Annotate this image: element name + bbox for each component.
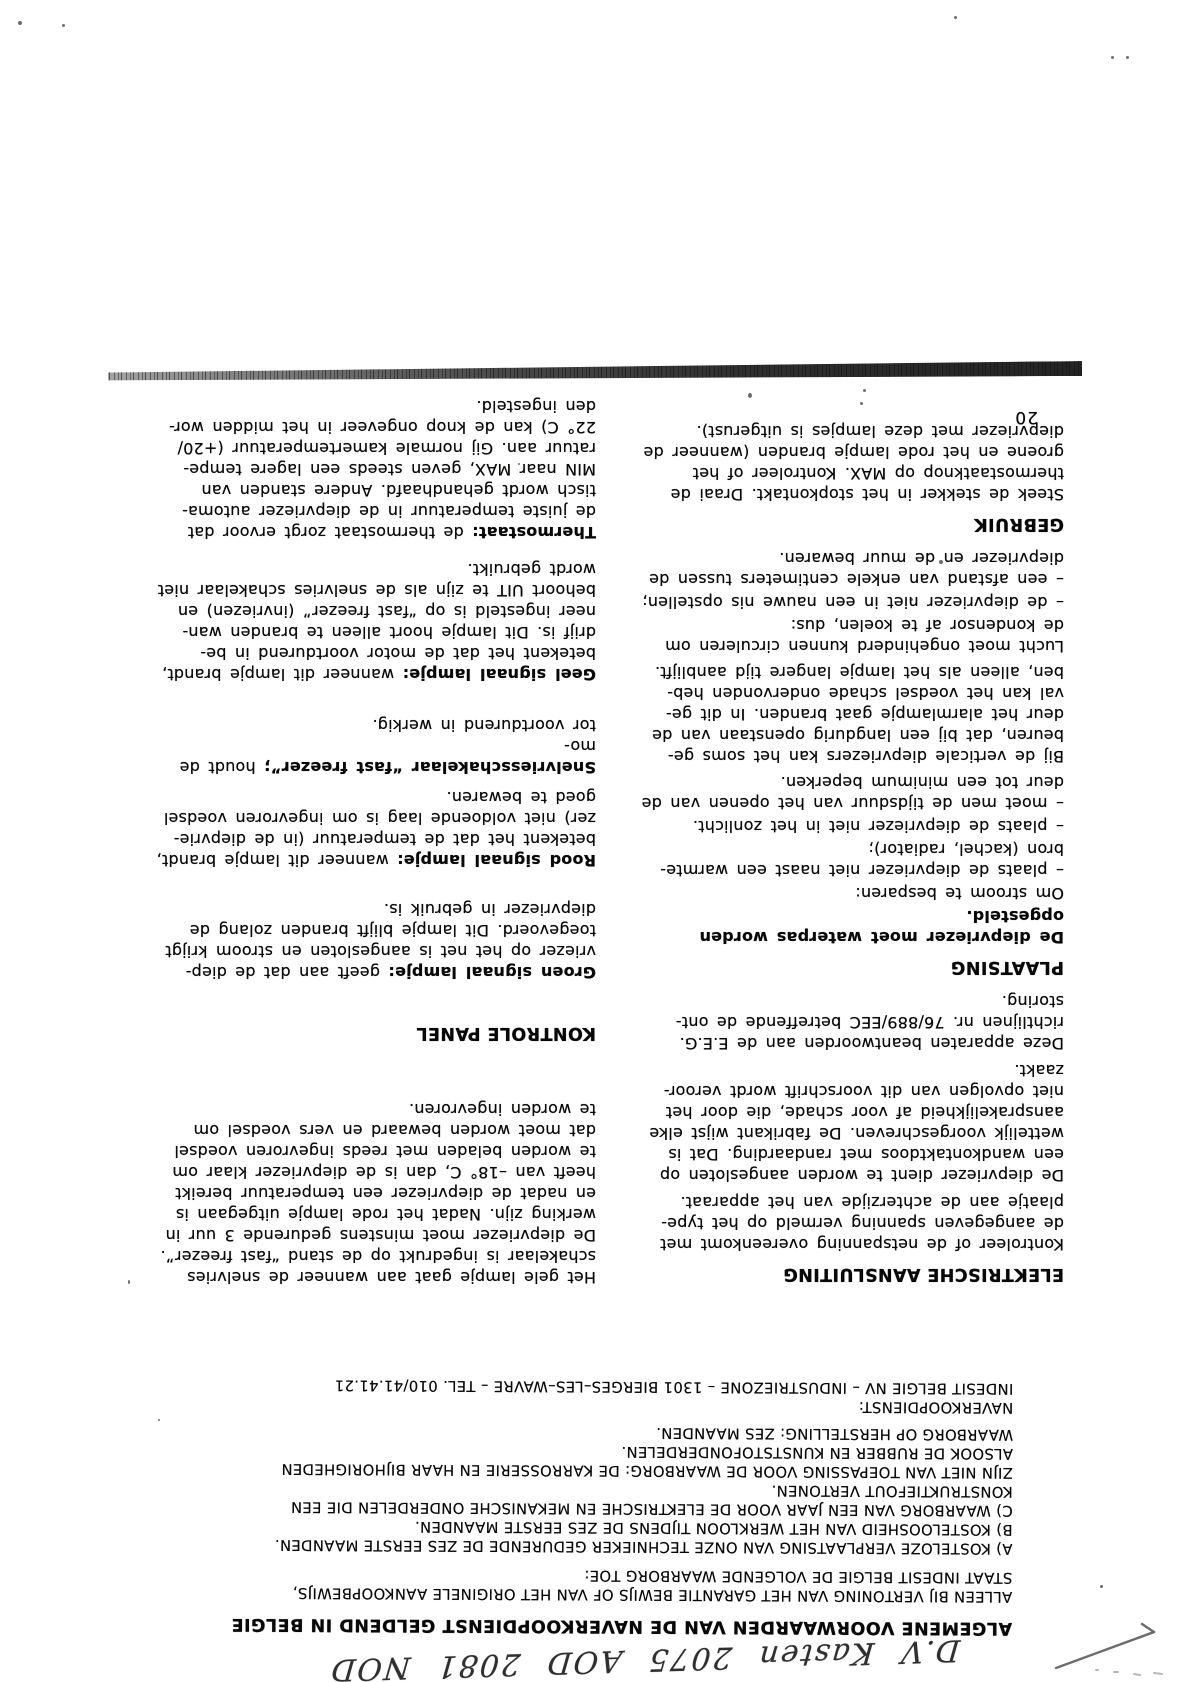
column-right: Het gele lampje gaat aan wanneer de snel… — [148, 390, 596, 1288]
warranty-title: ALGEMENE VOORWAARDEN VAN DE NAVERKOOPDIE… — [102, 1613, 1012, 1638]
paragraph: De diepvriezer dient te worden aangeslot… — [628, 1060, 1064, 1186]
bold-lead: Thermostaat: — [472, 523, 596, 542]
column-left: ELEKTRISCHE AANSLUITING Kontroleer of de… — [628, 415, 1064, 1284]
bullet-item: – een afstand van enkele centimeters tus… — [628, 548, 1064, 590]
section-heading-elektrische-aansluiting: ELEKTRISCHE AANSLUITING — [628, 1264, 1064, 1284]
paragraph: Steek de stekker in het stopkontakt. Dra… — [628, 421, 1064, 505]
paragraph: De diepvriezer moet waterpas worden opge… — [628, 906, 1064, 948]
paragraph: Kontroleer of de netspanning overeenkomt… — [628, 1192, 1064, 1255]
scanned-page: D.V Kasten 2075 AOD 2081 NOD ALGEMENE VO… — [0, 0, 1188, 1682]
paragraph-thermostat: Thermostaat: de thermostaat zorgt ervoor… — [148, 396, 596, 543]
page-number: 20 — [1014, 407, 1038, 427]
paragraph: Bij de verticale diepvriezers kan het so… — [628, 662, 1064, 767]
scan-speck — [1111, 56, 1114, 59]
bold-lead: Groen signaal lampje: — [388, 963, 596, 982]
scan-speck — [910, 598, 913, 601]
scan-speck — [62, 24, 65, 27]
scan-speck — [128, 1280, 130, 1284]
scan-speck — [1126, 56, 1129, 59]
paragraph: Het gele lampje gaat aan wanneer de snel… — [148, 1099, 596, 1288]
paragraph: Deze apparaten beantwoorden aan de E.E.G… — [628, 991, 1064, 1054]
bold-lead: Geel signaal lampje: — [402, 665, 596, 684]
paragraph: Lucht moet ongehinderd kunnen circuleren… — [628, 615, 1064, 657]
section-heading-plaatsing: PLAATSING — [628, 957, 1064, 977]
paragraph-text: de thermostaat zorgt ervoor dat de juist… — [169, 397, 596, 542]
upside-down-scanned-manual-page: { "scan": { "paper_color": "#fdfdfc", "i… — [0, 0, 1188, 1682]
scan-speck — [939, 560, 943, 564]
section-heading-gebruik: GEBRUIK — [628, 514, 1064, 534]
scan-speck — [748, 393, 752, 398]
bullet-item: – plaats de diepvriezer niet in het zonl… — [628, 816, 1064, 837]
scan-speck — [863, 389, 866, 392]
pencil-arrow-doodle — [1034, 1612, 1184, 1682]
paragraph: Om stroom te besparen: — [628, 883, 1064, 904]
bullet-item: – de diepvriezer niet in een nauwe nis o… — [628, 592, 1064, 613]
scan-speck — [1100, 1585, 1103, 1588]
paragraph-fast-freezer-switch: Snelvriesschakelaar “fast freezer”; houd… — [148, 715, 596, 778]
scan-speck — [18, 21, 22, 25]
paragraph-green-lamp: Groen signaal lampje: geeft aan dat de d… — [148, 899, 596, 983]
scan-speck — [518, 463, 520, 465]
warranty-block: ALGEMENE VOORWAARDEN VAN DE NAVERKOOPDIE… — [102, 1374, 1013, 1638]
scan-speck — [860, 402, 863, 405]
bullet-item: – moet men de tijdsduur van het openen v… — [628, 772, 1064, 814]
scan-speck — [158, 1419, 160, 1421]
bold-lead: Snelvriesschakelaar “fast freezer”; — [264, 758, 596, 777]
bold-lead: Rood signaal lampje: — [397, 851, 596, 870]
scan-edge-artifact — [108, 361, 1082, 384]
section-heading-kontrole-panel: KONTROLE PANEL — [148, 1023, 596, 1043]
paragraph-red-lamp: Rood signaal lampje: wanneer dit lampje … — [148, 787, 596, 871]
scan-speck — [954, 16, 957, 19]
bullet-item: – plaats de diepvriezer niet naast een w… — [628, 839, 1064, 881]
paragraph-yellow-lamp: Geel signaal lampje: wanneer dit lampje … — [148, 559, 596, 685]
handwritten-note: D.V Kasten 2075 AOD 2081 NOD — [279, 1632, 962, 1682]
